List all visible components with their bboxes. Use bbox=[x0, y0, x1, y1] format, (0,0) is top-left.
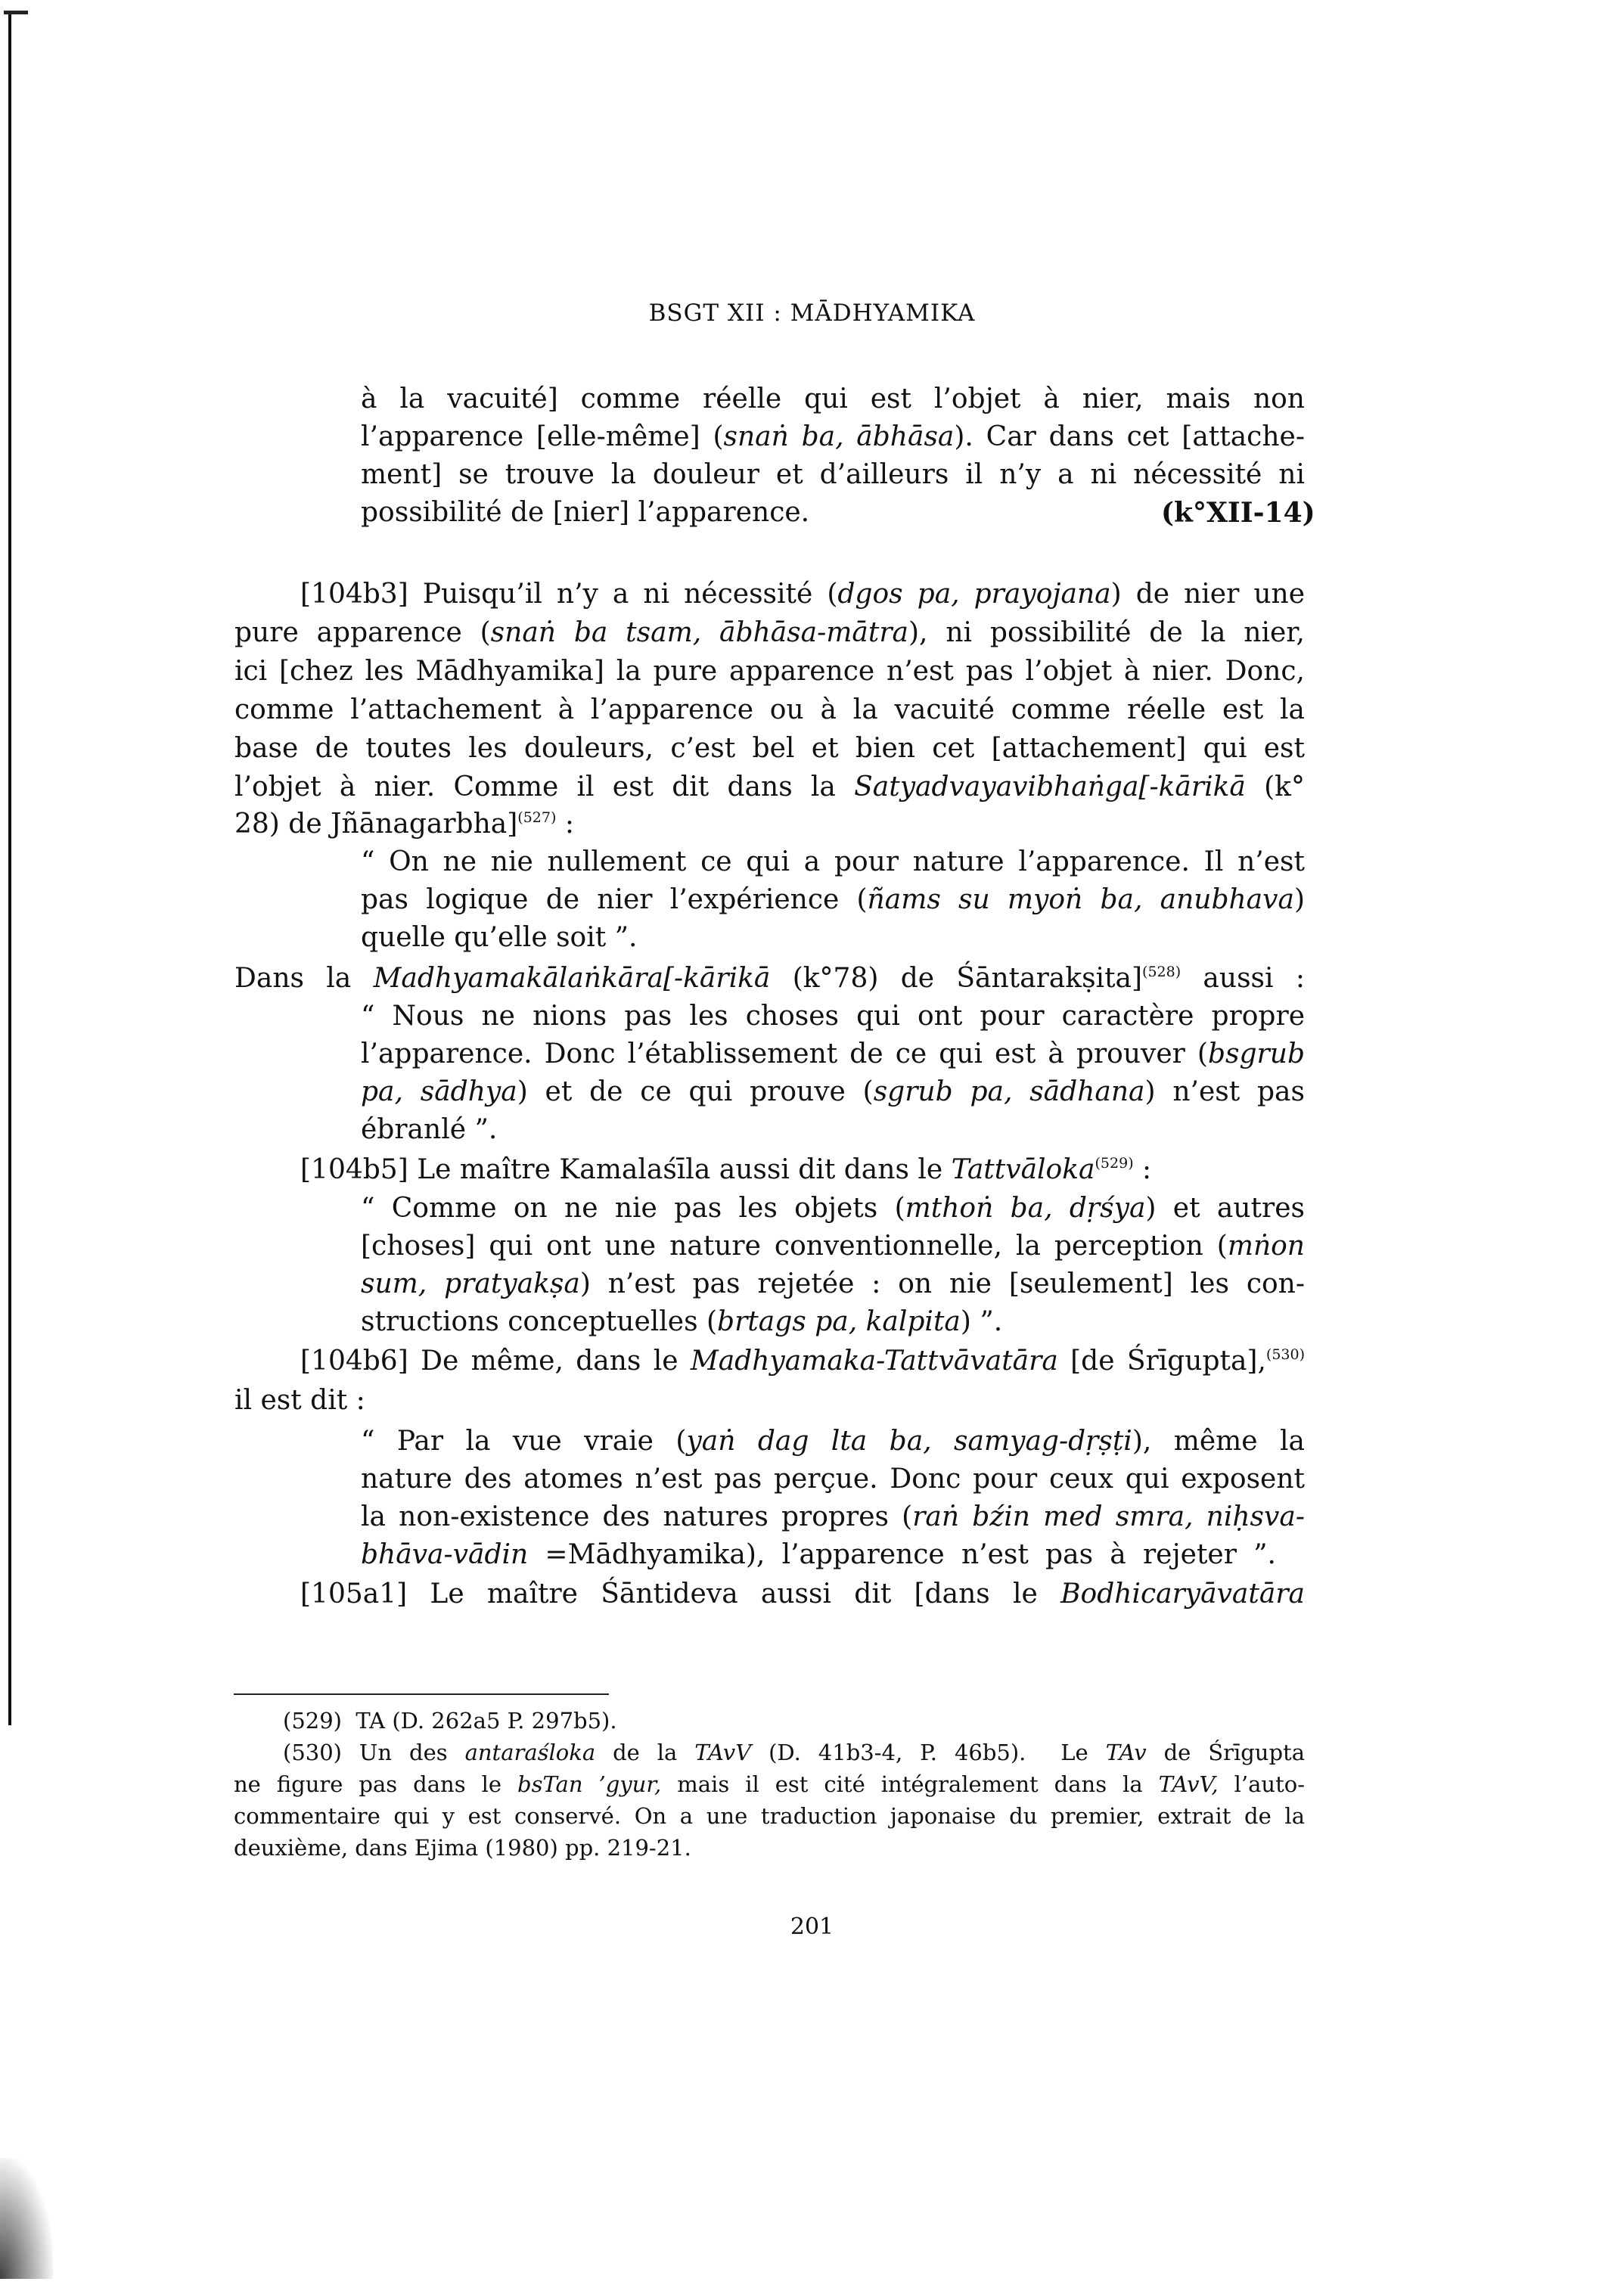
quote-line: “ Comme on ne nie pas les objets (mthoṅ … bbox=[361, 1192, 1305, 1225]
body-line: il est dit : bbox=[234, 1384, 365, 1417]
footnote-rule bbox=[234, 1693, 609, 1695]
footnote-ref-527[interactable]: (527) bbox=[517, 809, 556, 826]
running-head: BSGT XII : MĀDHYAMIKA bbox=[0, 300, 1624, 327]
body-line: 28) de Jñānagarbha](527) : bbox=[234, 808, 574, 841]
quote-line: quelle qu’elle soit ”. bbox=[361, 921, 637, 955]
quote-line: sum, pratyakṣa) n’est pas rejetée : on n… bbox=[361, 1268, 1305, 1301]
quote-line: bhāva-vādin =Mādhyamika), l’apparence n’… bbox=[361, 1538, 1276, 1572]
footnote-530-line: deuxième, dans Ejima (1980) pp. 219-21. bbox=[234, 1833, 691, 1862]
footnote-530-line: commentaire qui y est conservé. On a une… bbox=[234, 1802, 1305, 1830]
body-line: à la vacuité] comme réelle qui est l’obj… bbox=[361, 383, 1305, 416]
body-line: [104b6] De même, dans le Madhyamaka-Tatt… bbox=[300, 1345, 1305, 1378]
body-line: [105a1] Le maître Śāntideva aussi dit [d… bbox=[300, 1578, 1305, 1611]
footnote-530-line: (530) Un des antaraśloka de la TAvV (D. … bbox=[283, 1738, 1305, 1767]
scan-smudge bbox=[0, 2158, 53, 2279]
footnote-529: (529) TA (D. 262a5 P. 297b5). bbox=[283, 1706, 617, 1735]
page-number: 201 bbox=[0, 1914, 1624, 1940]
quote-line: la non-existence des natures propres (ra… bbox=[361, 1501, 1305, 1534]
quote-line: pa, sādhya) et de ce qui prouve (sgrub p… bbox=[361, 1076, 1305, 1109]
verse-reference: (k°XII-14) bbox=[1161, 496, 1305, 529]
quote-line: “ Par la vue vraie (yaṅ dag lta ba, samy… bbox=[361, 1425, 1305, 1458]
quote-line: structions conceptuelles (brtags pa, kal… bbox=[361, 1305, 1002, 1339]
quote-line: l’apparence. Donc l’établissement de ce … bbox=[361, 1038, 1305, 1071]
footnote-ref-529[interactable]: (529) bbox=[1095, 1155, 1134, 1172]
quote-line: [choses] qui ont une nature conventionne… bbox=[361, 1230, 1305, 1263]
body-line: [104b3] Puisqu’il n’y a ni nécessité (dg… bbox=[300, 578, 1305, 611]
body-line: ment] se trouve la douleur et d’ailleurs… bbox=[361, 458, 1305, 492]
quote-line: “ On ne nie nullement ce qui a pour natu… bbox=[361, 846, 1305, 879]
body-line: base de toutes les douleurs, c’est bel e… bbox=[234, 732, 1305, 765]
scan-edge-cap bbox=[4, 11, 28, 14]
body-line: l’apparence [elle-même] (snaṅ ba, ābhāsa… bbox=[361, 421, 1305, 454]
quote-line: “ Nous ne nions pas les choses qui ont p… bbox=[361, 1000, 1305, 1033]
footnote-530-line: ne figure pas dans le bsTan ’gyur, mais … bbox=[234, 1770, 1305, 1799]
body-line: possibilité de [nier] l’apparence. bbox=[361, 496, 809, 529]
body-line: Dans la Madhyamakālaṅkāra[-kārikā (k°78)… bbox=[234, 962, 1305, 995]
body-line: comme l’attachement à l’apparence ou à l… bbox=[234, 694, 1305, 727]
scan-edge-line bbox=[8, 12, 11, 1725]
body-line: pure apparence (snaṅ ba tsam, ābhāsa-māt… bbox=[234, 616, 1305, 650]
body-line: l’objet à nier. Comme il est dit dans la… bbox=[234, 771, 1305, 804]
quote-line: nature des atomes n’est pas perçue. Donc… bbox=[361, 1463, 1305, 1496]
footnote-ref-530[interactable]: (530) bbox=[1266, 1346, 1305, 1363]
footnote-ref-528[interactable]: (528) bbox=[1142, 964, 1181, 980]
quote-line: pas logique de nier l’expérience (ñams s… bbox=[361, 883, 1305, 917]
body-line: [104b5] Le maître Kamalaśīla aussi dit d… bbox=[300, 1153, 1151, 1187]
body-line: ici [chez les Mādhyamika] la pure appare… bbox=[234, 655, 1305, 688]
quote-line: ébranlé ”. bbox=[361, 1113, 497, 1147]
